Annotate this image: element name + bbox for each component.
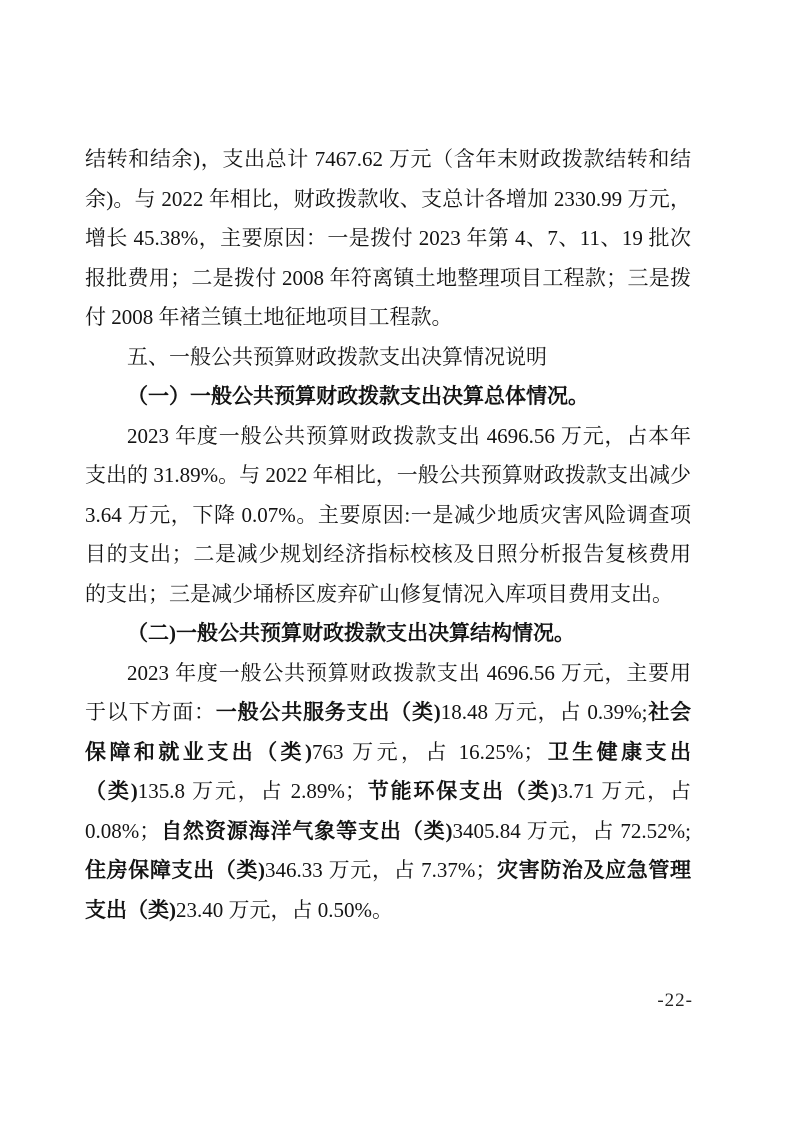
text-segment: 763 万元，占 16.25%； — [312, 740, 544, 764]
subsection-2-paragraph: 2023 年度一般公共预算财政拨款支出 4696.56 万元，主要用于以下方面：… — [85, 654, 691, 931]
document-page: 结转和结余)，支出总计 7467.62 万元（含年末财政拨款结转和结余)。与 2… — [0, 0, 793, 1122]
text-segment: 3405.84 万元，占 72.52%; — [452, 819, 691, 843]
page-number: -22- — [657, 990, 693, 1012]
section-5-heading: 五、一般公共预算财政拨款支出决算情况说明 — [85, 338, 691, 378]
text-segment: 135.8 万元，占 2.89%； — [138, 779, 366, 803]
expenditure-category: 住房保障支出（类) — [85, 858, 265, 882]
expenditure-category: 自然资源海洋气象等支出（类) — [160, 819, 452, 843]
text-segment: 18.48 万元，占 0.39%; — [441, 700, 648, 724]
expenditure-category: 一般公共服务支出（类) — [216, 700, 441, 724]
expenditure-category: 节能环保支出（类) — [366, 779, 558, 803]
paragraph-continuation: 结转和结余)，支出总计 7467.62 万元（含年末财政拨款结转和结余)。与 2… — [85, 140, 691, 338]
page-content: 结转和结余)，支出总计 7467.62 万元（含年末财政拨款结转和结余)。与 2… — [85, 140, 691, 930]
text-segment: 346.33 万元，占 7.37%； — [265, 858, 496, 882]
subsection-1-paragraph: 2023 年度一般公共预算财政拨款支出 4696.56 万元，占本年支出的 31… — [85, 417, 691, 615]
subsection-2-heading: （二)一般公共预算财政拨款支出决算结构情况。 — [85, 614, 691, 654]
text-segment: 23.40 万元，占 0.50%。 — [176, 898, 393, 922]
subsection-1-heading: （一）一般公共预算财政拨款支出决算总体情况。 — [85, 377, 691, 417]
